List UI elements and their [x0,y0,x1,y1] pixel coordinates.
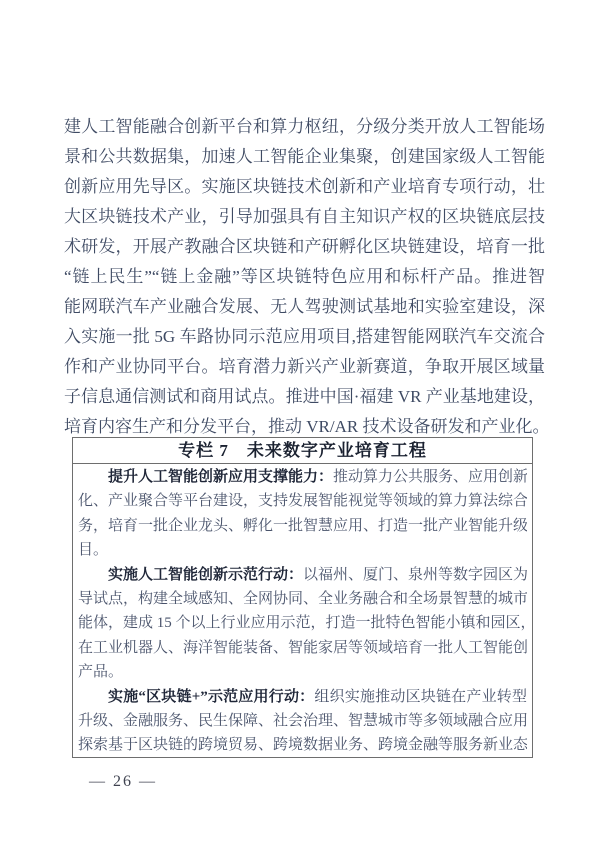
paragraph-line: 景和公共数据集，加速人工智能企业集聚，创建国家级人工智能 [64,142,545,172]
box-paragraph-line: 实施“区块链+”示范应用行动：组织实施推动区块链在产业转型 [78,685,527,709]
paragraph-line: 术研发，开展产教融合区块链和产研孵化区块链建设，培育一批 [64,232,545,262]
box-paragraph-lead: 提升人工智能创新应用支撑能力： [108,469,333,485]
box-paragraph-lead: 实施“区块链+”示范应用行动： [108,689,314,705]
box-paragraph-lead: 实施人工智能创新示范行动： [108,567,303,583]
box-paragraph-line: 务，培育一批企业龙头、孵化一批智慧应用、打造一批产业智能升级项 [78,514,527,538]
box-paragraph-line: 在工业机器人、海洋智能装备、智能家居等领域培育一批人工智能创新 [78,636,527,660]
box-paragraph-line: 目。 [78,538,527,562]
box-paragraph-text: 组织实施推动区块链在产业转型 [314,689,527,705]
paragraph-line: 建人工智能融合创新平台和算力枢纽，分级分类开放人工智能场 [64,112,545,142]
box-paragraph-line: 探索基于区块链的跨境贸易、跨境数据业务、跨境金融等服务新业态。 [78,733,527,757]
paragraph-line: 创新应用先导区。实施区块链技术创新和产业培育专项行动，壮 [64,172,545,202]
document-page: 建人工智能融合创新平台和算力枢纽，分级分类开放人工智能场 景和公共数据集，加速人… [0,0,600,847]
box-title: 专栏 7 未来数字产业培育工程 [73,438,532,464]
main-paragraph: 建人工智能融合创新平台和算力枢纽，分级分类开放人工智能场 景和公共数据集，加速人… [64,112,545,442]
box-paragraph-text: 以福州、厦门、泉州等数字园区为先 [303,567,527,583]
box-paragraph-line: 导试点，构建全域感知、全网协同、全业务融合和全场景智慧的城市智 [78,587,527,611]
box-paragraph-line: 实施人工智能创新示范行动：以福州、厦门、泉州等数字园区为先 [78,563,527,587]
box-paragraph-line: 能体，建成 15 个以上行业应用示范，打造一批特色智能小镇和园区， [78,611,527,635]
box-paragraph-line: 产品。 [78,660,527,684]
feature-box: 专栏 7 未来数字产业培育工程 提升人工智能创新应用支撑能力：推动算力公共服务、… [72,437,533,758]
paragraph-line: 子信息通信测试和商用试点。推进中国·福建 VR 产业基地建设， [64,382,545,412]
box-paragraph-line: 化、产业聚合等平台建设，支持发展智能视觉等领域的算力算法综合服 [78,489,527,513]
box-paragraph-line: 提升人工智能创新应用支撑能力：推动算力公共服务、应用创新孵 [78,465,527,489]
paragraph-line: 大区块链技术产业，引导加强具有自主知识产权的区块链底层技 [64,202,545,232]
paragraph-line: “链上民生”“链上金融”等区块链特色应用和标杆产品。推进智 [64,262,545,292]
page-number: — 26 — [89,771,157,793]
paragraph-line: 能网联汽车产业融合发展、无人驾驶测试基地和实验室建设，深 [64,292,545,322]
box-paragraph-text: 推动算力公共服务、应用创新孵 [333,469,527,485]
paragraph-line: 入实施一批 5G 车路协同示范应用项目,搭建智能网联汽车交流合 [64,322,545,352]
paragraph-line: 作和产业协同平台。培育潜力新兴产业新赛道，争取开展区域量 [64,352,545,382]
box-paragraph-line: 升级、金融服务、民生保障、社会治理、智慧城市等多领域融合应用， [78,709,527,733]
box-body: 提升人工智能创新应用支撑能力：推动算力公共服务、应用创新孵 化、产业聚合等平台建… [73,464,532,758]
